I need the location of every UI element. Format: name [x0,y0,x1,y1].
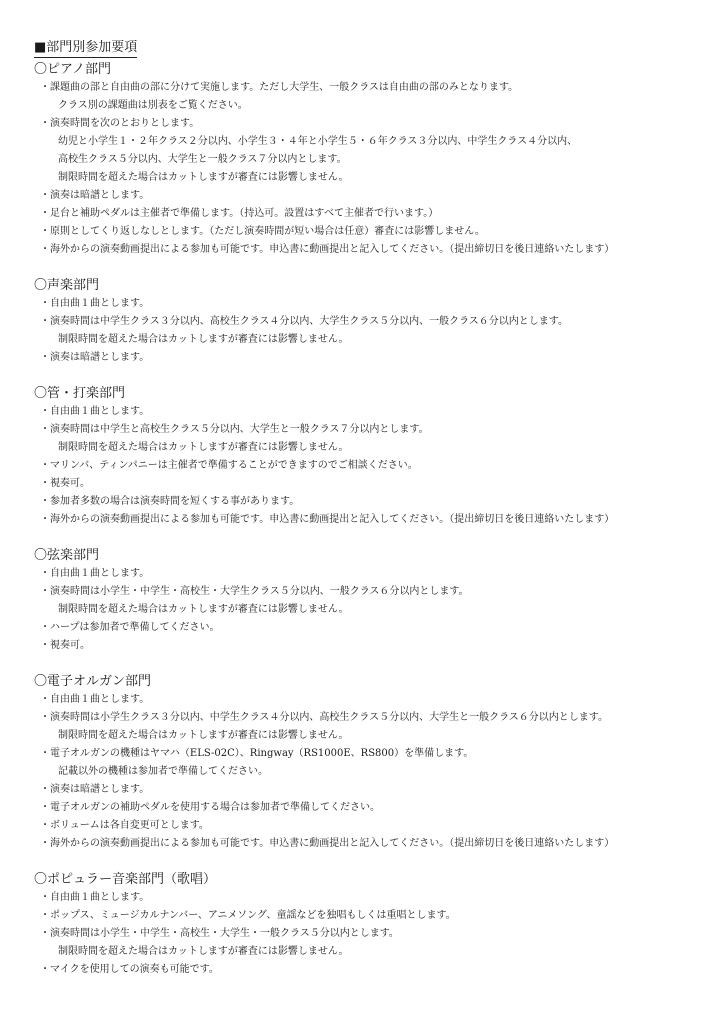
list-item: ・自由曲１曲とします。 [36,691,694,709]
list-item: ・足台と補助ペダルは主催者で準備します。（持込可。設置はすべて主催者で行います。… [36,205,694,223]
list-item-text: 電子オルガンの補助ペダルを使用する場合は参加者で準備してください。 [50,802,380,813]
list-item-text: 演奏は暗譜とします。 [50,784,149,795]
list-item: ・ポップス、ミュージカルナンバー、アニメソング、童謡などを独唱もしくは重唱としま… [36,907,694,925]
section: 〇管・打楽部門・自由曲１曲とします。・演奏時間は中学生と高校生クラス５分以内、大… [34,384,694,529]
list-item: ・自由曲１曲とします。 [36,295,694,313]
bullet-icon: ・ [40,403,50,421]
bullet-icon: ・ [40,637,50,655]
list-item-text: 自由曲１曲とします。 [50,568,149,579]
list-item-text: 視奏可。 [50,640,90,651]
list-item-text: 演奏時間を次のとおりとします。 [50,118,199,129]
list-item-text: 課題曲の部と自由曲の部に分けて実施します。ただし大学生、一般クラスは自由曲の部の… [50,82,518,93]
list-item-text: 海外からの演奏動画提出による参加も可能です。申込書に動画提出と記入してください。… [50,838,614,849]
list-item-text: 自由曲１曲とします。 [50,406,149,417]
bullet-icon: ・ [40,961,50,979]
list-item-text: ボリュームは各自変更可とします。 [50,820,209,831]
bullet-icon: ・ [40,619,50,637]
document-title: ■部門別参加要項 [34,39,137,58]
list-item: ・演奏時間は中学生と高校生クラス５分以内、大学生と一般クラス７分以内とします。 [36,421,694,439]
list-item-text: 自由曲１曲とします。 [50,298,149,309]
list-item: ・演奏時間は小学生・中学生・高校生・大学生・一般クラス５分以内とします。 [36,925,694,943]
section: 〇声楽部門・自由曲１曲とします。・演奏時間は中学生クラス３分以内、高校生クラス４… [34,276,694,367]
section: 〇ポピュラー音楽部門（歌唱）・自由曲１曲とします。・ポップス、ミュージカルナンバ… [34,870,694,979]
list-item-text: 演奏は暗譜とします。 [50,190,149,201]
bullet-icon: ・ [40,565,50,583]
list-item-text: 自由曲１曲とします。 [50,892,149,903]
section: 〇電子オルガン部門・自由曲１曲とします。・演奏時間は小学生クラス３分以内、中学生… [34,672,694,853]
bullet-icon: ・ [40,835,50,853]
list-item-text: ハープは参加者で準備してください。 [50,622,220,633]
list-item-text: 電子オルガンの機種はヤマハ（ELS-02C）、Ringway（RS1000E、R… [50,748,473,759]
list-item: ・自由曲１曲とします。 [36,403,694,421]
list-item-text: 足台と補助ペダルは主催者で準備します。（持込可。設置はすべて主催者で行います。） [50,208,438,219]
section: 〇弦楽部門・自由曲１曲とします。・演奏時間は小学生・中学生・高校生・大学生クラス… [34,546,694,655]
bullet-icon: ・ [40,583,50,601]
list-item-text: 演奏時間は小学生・中学生・高校生・大学生クラス５分以内、一般クラス６分以内としま… [50,586,469,597]
list-item-text: ポップス、ミュージカルナンバー、アニメソング、童謡などを独唱もしくは重唱とします… [50,910,456,921]
list-item-continuation: 制限時間を超えた場合はカットしますが審査には影響しません。 [34,727,694,745]
list-item-continuation: 制限時間を超えた場合はカットしますが審査には影響しません。 [34,439,694,457]
bullet-icon: ・ [40,295,50,313]
section-title: 〇管・打楽部門 [34,384,694,403]
list-item-text: 演奏時間は中学生と高校生クラス５分以内、大学生と一般クラス７分以内とします。 [50,424,429,435]
section-title: 〇電子オルガン部門 [34,672,694,691]
list-item: ・演奏時間は中学生クラス３分以内、高校生クラス４分以内、大学生クラス５分以内、一… [36,313,694,331]
bullet-icon: ・ [40,421,50,439]
list-item-continuation: クラス別の課題曲は別表をご覧ください。 [34,97,694,115]
list-item: ・原則としてくり返しなしとします。（ただし演奏時間が短い場合は任意）審査には影響… [36,223,694,241]
list-item: ・マリンバ、ティンパニーは主催者で準備することができますのでご相談ください。 [36,457,694,475]
list-item-text: 演奏時間は中学生クラス３分以内、高校生クラス４分以内、大学生クラス５分以内、一般… [50,316,568,327]
bullet-icon: ・ [40,817,50,835]
list-item: ・演奏時間は小学生クラス３分以内、中学生クラス４分以内、高校生クラス５分以内、大… [36,709,694,727]
list-item-continuation: 記載以外の機種は参加者で準備してください。 [34,763,694,781]
bullet-icon: ・ [40,115,50,133]
section-title: 〇ポピュラー音楽部門（歌唱） [34,870,694,889]
bullet-icon: ・ [40,511,50,529]
list-item: ・演奏は暗譜とします。 [36,781,694,799]
document-page: ■部門別参加要項 〇ピアノ部門・課題曲の部と自由曲の部に分けて実施します。ただし… [34,36,694,996]
bullet-icon: ・ [40,709,50,727]
list-item-text: 原則としてくり返しなしとします。（ただし演奏時間が短い場合は任意）審査には影響し… [50,226,485,237]
list-item: ・電子オルガンの機種はヤマハ（ELS-02C）、Ringway（RS1000E、… [36,745,694,763]
list-item: ・演奏は暗譜とします。 [36,187,694,205]
list-item-text: 自由曲１曲とします。 [50,694,149,705]
list-item: ・演奏時間は小学生・中学生・高校生・大学生クラス５分以内、一般クラス６分以内とし… [36,583,694,601]
list-item-continuation: 制限時間を超えた場合はカットしますが審査には影響しません。 [34,331,694,349]
list-item: ・自由曲１曲とします。 [36,565,694,583]
list-item-continuation: 制限時間を超えた場合はカットしますが審査には影響しません。 [34,943,694,961]
list-item-continuation: 幼児と小学生１・２年クラス２分以内、小学生３・４年と小学生５・６年クラス３分以内… [34,133,694,151]
list-item-text: 海外からの演奏動画提出による参加も可能です。申込書に動画提出と記入してください。… [50,514,614,525]
bullet-icon: ・ [40,691,50,709]
bullet-icon: ・ [40,907,50,925]
bullet-icon: ・ [40,889,50,907]
list-item: ・参加者多数の場合は演奏時間を短くする事があります。 [36,493,694,511]
section-title: 〇声楽部門 [34,276,694,295]
section-title: 〇ピアノ部門 [34,60,694,79]
list-item: ・視奏可。 [36,637,694,655]
bullet-icon: ・ [40,493,50,511]
bullet-icon: ・ [40,241,50,259]
list-item: ・視奏可。 [36,475,694,493]
list-item-text: 視奏可。 [50,478,90,489]
list-item: ・海外からの演奏動画提出による参加も可能です。申込書に動画提出と記入してください… [36,241,694,259]
list-item: ・ボリュームは各自変更可とします。 [36,817,694,835]
list-item-continuation: 制限時間を超えた場合はカットしますが審査には影響しません。 [34,169,694,187]
bullet-icon: ・ [40,799,50,817]
list-item-text: 海外からの演奏動画提出による参加も可能です。申込書に動画提出と記入してください。… [50,244,614,255]
list-item-text: 演奏は暗譜とします。 [50,352,149,363]
bullet-icon: ・ [40,223,50,241]
list-item: ・電子オルガンの補助ペダルを使用する場合は参加者で準備してください。 [36,799,694,817]
list-item-text: 演奏時間は小学生・中学生・高校生・大学生・一般クラス５分以内とします。 [50,928,399,939]
bullet-icon: ・ [40,349,50,367]
bullet-icon: ・ [40,457,50,475]
list-item: ・ハープは参加者で準備してください。 [36,619,694,637]
list-item: ・演奏は暗譜とします。 [36,349,694,367]
sections-container: 〇ピアノ部門・課題曲の部と自由曲の部に分けて実施します。ただし大学生、一般クラス… [34,60,694,979]
bullet-icon: ・ [40,187,50,205]
bullet-icon: ・ [40,475,50,493]
list-item: ・演奏時間を次のとおりとします。 [36,115,694,133]
list-item-text: マイクを使用しての演奏も可能です。 [50,964,219,975]
list-item-text: 演奏時間は小学生クラス３分以内、中学生クラス４分以内、高校生クラス５分以内、大学… [50,712,608,723]
list-item-text: マリンバ、ティンパニーは主催者で準備することができますのでご相談ください。 [50,460,418,471]
list-item-continuation: 高校生クラス５分以内、大学生と一般クラス７分以内とします。 [34,151,694,169]
bullet-icon: ・ [40,79,50,97]
bullet-icon: ・ [40,313,50,331]
list-item: ・課題曲の部と自由曲の部に分けて実施します。ただし大学生、一般クラスは自由曲の部… [36,79,694,97]
bullet-icon: ・ [40,781,50,799]
bullet-icon: ・ [40,205,50,223]
bullet-icon: ・ [40,745,50,763]
section: 〇ピアノ部門・課題曲の部と自由曲の部に分けて実施します。ただし大学生、一般クラス… [34,60,694,259]
list-item-text: 参加者多数の場合は演奏時間を短くする事があります。 [50,496,299,507]
list-item: ・海外からの演奏動画提出による参加も可能です。申込書に動画提出と記入してください… [36,511,694,529]
bullet-icon: ・ [40,925,50,943]
list-item: ・マイクを使用しての演奏も可能です。 [36,961,694,979]
list-item-continuation: 制限時間を超えた場合はカットしますが審査には影響しません。 [34,601,694,619]
section-title: 〇弦楽部門 [34,546,694,565]
list-item: ・自由曲１曲とします。 [36,889,694,907]
list-item: ・海外からの演奏動画提出による参加も可能です。申込書に動画提出と記入してください… [36,835,694,853]
